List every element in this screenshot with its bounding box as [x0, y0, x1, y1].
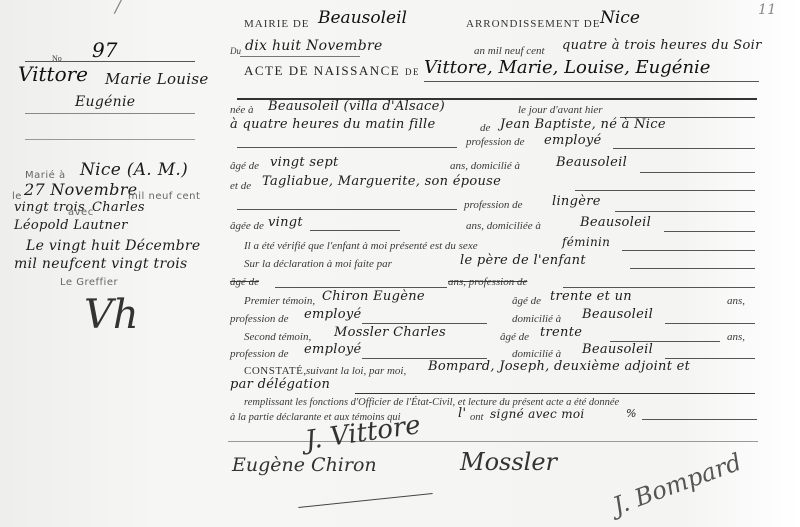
mother-print: et de — [230, 180, 251, 192]
constate-caps: CONSTATÉ, — [244, 365, 307, 377]
rule-15 — [362, 323, 487, 324]
marriage-place: Nice (A. M.) — [80, 160, 188, 180]
act-time: quatre à trois heures du Soir — [562, 38, 762, 53]
greffier-signature: Vh — [84, 292, 139, 338]
rule-10 — [664, 231, 755, 232]
margin-rule-2 — [25, 139, 195, 140]
mother-name: Tagliabue, Marguerite, son épouse — [262, 174, 501, 189]
date-rule — [240, 56, 360, 57]
witness1-domicile: Beausoleil — [582, 307, 653, 322]
marriage-transcription-year: mil neufcent vingt trois — [14, 256, 187, 272]
constate-print: suivant la loi, par moi, — [306, 365, 406, 377]
father-profession-print: profession de — [466, 136, 525, 148]
mother-domicile-print: ans, domiciliée à — [466, 220, 541, 232]
father-domicile-print: ans, domicilié à — [450, 160, 520, 172]
witness1-ans: ans, — [727, 295, 745, 307]
father-name: Jean Baptiste, né à Nice — [500, 117, 666, 132]
day-print: le jour d'avant hier — [518, 104, 603, 116]
verified-print: Il a été vérifié que l'enfant à moi prés… — [244, 240, 478, 252]
witness2-domicile: Beausoleil — [582, 342, 653, 357]
mairie-value: Beausoleil — [318, 8, 407, 28]
margin-given-names-2: Eugénie — [75, 94, 135, 110]
margin-rule-1 — [25, 113, 195, 114]
witness2-age: trente — [540, 325, 582, 340]
signature-witness1: Eugène Chiron — [232, 454, 377, 476]
rule-21 — [642, 419, 757, 420]
witness1-age-print: âgé de — [512, 295, 541, 307]
closing-line-2-hand-a: l' — [458, 406, 466, 421]
date-prefix: Du — [230, 46, 241, 56]
signature-witness2: Mossler — [460, 448, 557, 476]
marriage-transcription-date: Le vingt huit Décembre — [26, 238, 201, 254]
rule-4 — [613, 148, 755, 149]
birth-certificate-page: / 11 MAIRIE DE Beausoleil ARRONDISSEMENT… — [0, 0, 800, 527]
rule-11 — [622, 250, 755, 251]
closing-line-2-hand-b: signé avec moi — [490, 407, 585, 421]
witness1-domicile-print: domicilié à — [512, 313, 561, 325]
act-date: dix huit Novembre — [245, 38, 383, 54]
marriage-print-4: avec — [68, 207, 94, 218]
arrondissement-value: Nice — [600, 8, 640, 28]
rule-5 — [640, 172, 755, 173]
greffier-stamp: Le Greffier — [60, 277, 118, 288]
rule-14 — [563, 287, 755, 288]
signature-officer: J. Bompard — [609, 448, 745, 520]
rule-7 — [237, 209, 457, 210]
witness2-age-print: âgé de — [500, 331, 529, 343]
act-title: ACTE DE NAISSANCE de — [244, 63, 420, 79]
witness1-print: Premier témoin, — [244, 295, 315, 307]
birth-time: à quatre heures du matin fille — [230, 117, 436, 132]
closing-line-2-print-b: ont — [470, 412, 483, 423]
struck-age-print: âgé de — [230, 276, 259, 288]
corner-page-mark: 11 — [758, 2, 776, 18]
witness2-name: Mossler Charles — [334, 325, 446, 340]
officer-delegation: par délégation — [230, 377, 330, 392]
mother-domicile: Beausoleil — [580, 215, 651, 230]
marriage-spouse-name: Léopold Lautner — [14, 218, 128, 233]
rule-16 — [665, 323, 755, 324]
officer-name: Bompard, Joseph, deuxième adjoint et — [428, 359, 690, 374]
record-number: 97 — [92, 38, 117, 62]
rule-8 — [615, 211, 755, 212]
rule-3 — [237, 147, 457, 148]
signature-flourish — [298, 493, 432, 508]
birth-place: Beausoleil (villa d'Alsace) — [268, 99, 445, 114]
child-sex: féminin — [562, 235, 610, 249]
mother-age: vingt — [268, 215, 303, 230]
witness2-profession: employé — [304, 342, 361, 357]
mother-profession: lingère — [552, 194, 601, 209]
marriage-spouse-first: Charles — [92, 200, 145, 215]
father-age-print: âgé de — [230, 160, 259, 172]
witness2-ans: ans, — [727, 331, 745, 343]
margin-given-names-1: Marie Louise — [105, 70, 209, 88]
father-age: vingt sept — [270, 155, 338, 170]
date-print: an mil neuf cent — [474, 45, 545, 57]
closing-mark: % — [626, 407, 637, 420]
witness1-name: Chiron Eugène — [322, 289, 425, 304]
witness2-print: Second témoin, — [244, 331, 311, 343]
corner-pen-mark: / — [115, 0, 121, 17]
father-domicile: Beausoleil — [556, 155, 627, 170]
declarant: le père de l'enfant — [460, 253, 586, 268]
mairie-label: MAIRIE DE — [244, 18, 310, 30]
rule-9 — [310, 230, 400, 231]
mother-profession-print: profession de — [464, 199, 523, 211]
rule-13 — [275, 287, 447, 288]
marriage-date: 27 Novembre — [24, 180, 137, 199]
declaration-print: Sur la déclaration à moi faite par — [244, 258, 392, 270]
arrondissement-label: ARRONDISSEMENT DE — [466, 18, 600, 30]
born-print: née à — [230, 104, 254, 116]
rule-6 — [575, 190, 755, 191]
rule-12 — [630, 268, 755, 269]
witness1-profession: employé — [304, 307, 361, 322]
father-print: de — [480, 122, 490, 134]
witness1-age: trente et un — [550, 289, 632, 304]
rule-20 — [355, 393, 755, 394]
child-name-rule — [424, 81, 759, 82]
mother-age-print: âgée de — [230, 220, 264, 232]
margin-surname: Vittore — [18, 62, 88, 86]
witness1-profession-print: profession de — [230, 313, 289, 325]
struck-profession-print: ans, profession de — [448, 276, 527, 288]
father-profession: employé — [544, 133, 601, 148]
witness2-profession-print: profession de — [230, 348, 289, 360]
child-name: Vittore, Marie, Louise, Eugénie — [424, 57, 710, 78]
